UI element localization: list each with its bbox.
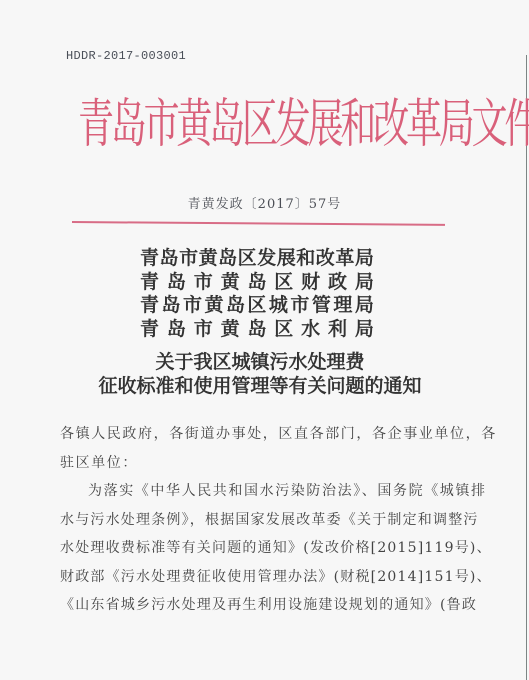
issuer-line: 青岛市黄岛区城市管理局 <box>140 294 374 318</box>
issuer-char: 利 <box>328 318 347 342</box>
document-page: HDDR-2017-003001 青岛市黄岛区发展和改革局文件 青黄发政〔201… <box>0 0 529 680</box>
body-line-2: 水与污水处理条例》，根据国家发展改革委《关于制定和调整污 <box>60 506 452 535</box>
document-subject: 关于我区城镇污水处理费 征收标准和使用管理等有关问题的通知 <box>0 350 520 398</box>
body-line-1: 为落实《中华人民共和国水污染防治法》、国务院《城镇排 <box>60 477 452 506</box>
issuer-line: 青岛市黄岛区财政局 <box>140 271 374 295</box>
issuer-char: 发 <box>257 247 276 271</box>
issuer-char: 改 <box>316 247 335 271</box>
issuer-char: 岛 <box>161 294 180 318</box>
issuer-char: 市 <box>183 294 202 318</box>
issuer-char: 理 <box>333 294 352 318</box>
issuer-char: 岛 <box>226 294 245 318</box>
issuer-char: 黄 <box>199 247 218 271</box>
issuer-char: 区 <box>274 318 293 342</box>
salutation-line-1: 各镇人民政府，各街道办事处，区直各部门，各企事业单位，各 <box>60 420 452 449</box>
issuer-char: 黄 <box>204 294 223 318</box>
issuer-char: 岛 <box>167 318 186 342</box>
issuer-char: 黄 <box>221 271 240 295</box>
masthead-container: 青岛市黄岛区发展和改革局文件 <box>78 92 444 160</box>
body-line-4: 财政部《污水处理费征收使用管理办法》(财税[2014]151号)、 <box>60 563 452 592</box>
issuer-char: 政 <box>328 271 347 295</box>
body-line-5: 《山东省城乡污水处理及再生利用设施建设规划的通知》(鲁政 <box>60 591 452 620</box>
issuer-char: 岛 <box>218 247 237 271</box>
issuer-char: 青 <box>140 294 159 318</box>
document-id: HDDR-2017-003001 <box>66 49 186 63</box>
issuer-char: 黄 <box>221 318 240 342</box>
issuer-char: 局 <box>355 318 374 342</box>
issuer-char: 展 <box>277 247 296 271</box>
issuer-char: 局 <box>355 271 374 295</box>
issuer-char: 城 <box>269 294 288 318</box>
issuing-agencies: 青岛市黄岛区发展和改革局 青岛市黄岛区财政局 青岛市黄岛区城市管理局 青岛市黄岛… <box>140 247 374 341</box>
issuer-char: 岛 <box>167 271 186 295</box>
document-number: 青黄发政〔2017〕57号 <box>0 193 529 212</box>
issuer-char: 市 <box>290 294 309 318</box>
issuer-char: 财 <box>301 271 320 295</box>
issuer-char: 区 <box>247 294 266 318</box>
body-line-3: 水处理收费标准等有关问题的通知》(发改价格[2015]119号)、 <box>60 534 452 563</box>
issuer-char: 市 <box>194 271 213 295</box>
issuer-char: 区 <box>274 271 293 295</box>
issuer-char: 青 <box>140 247 159 271</box>
issuer-char: 岛 <box>247 271 266 295</box>
red-divider-line <box>72 221 445 225</box>
salutation-line-2: 驻区单位： <box>60 449 452 478</box>
issuer-char: 水 <box>301 318 320 342</box>
issuer-char: 和 <box>296 247 315 271</box>
masthead-title: 青岛市黄岛区发展和改革局文件 <box>78 92 444 194</box>
issuer-char: 市 <box>179 247 198 271</box>
issuer-char: 局 <box>355 294 374 318</box>
issuer-char: 管 <box>312 294 331 318</box>
issuer-char: 岛 <box>160 247 179 271</box>
issuer-char: 岛 <box>247 318 266 342</box>
issuer-char: 市 <box>194 318 213 342</box>
issuer-char: 青 <box>140 318 159 342</box>
issuer-char: 青 <box>140 271 159 295</box>
issuer-char: 局 <box>355 247 374 271</box>
issuer-char: 区 <box>238 247 257 271</box>
issuer-line: 青岛市黄岛区发展和改革局 <box>140 247 374 271</box>
document-body: 各镇人民政府，各街道办事处，区直各部门，各企事业单位，各 驻区单位： 为落实《中… <box>60 420 452 620</box>
subject-line-1: 关于我区城镇污水处理费 <box>0 350 520 374</box>
issuer-line: 青岛市黄岛区水利局 <box>140 318 374 342</box>
issuer-char: 革 <box>335 247 354 271</box>
subject-line-2: 征收标准和使用管理等有关问题的通知 <box>0 374 520 398</box>
